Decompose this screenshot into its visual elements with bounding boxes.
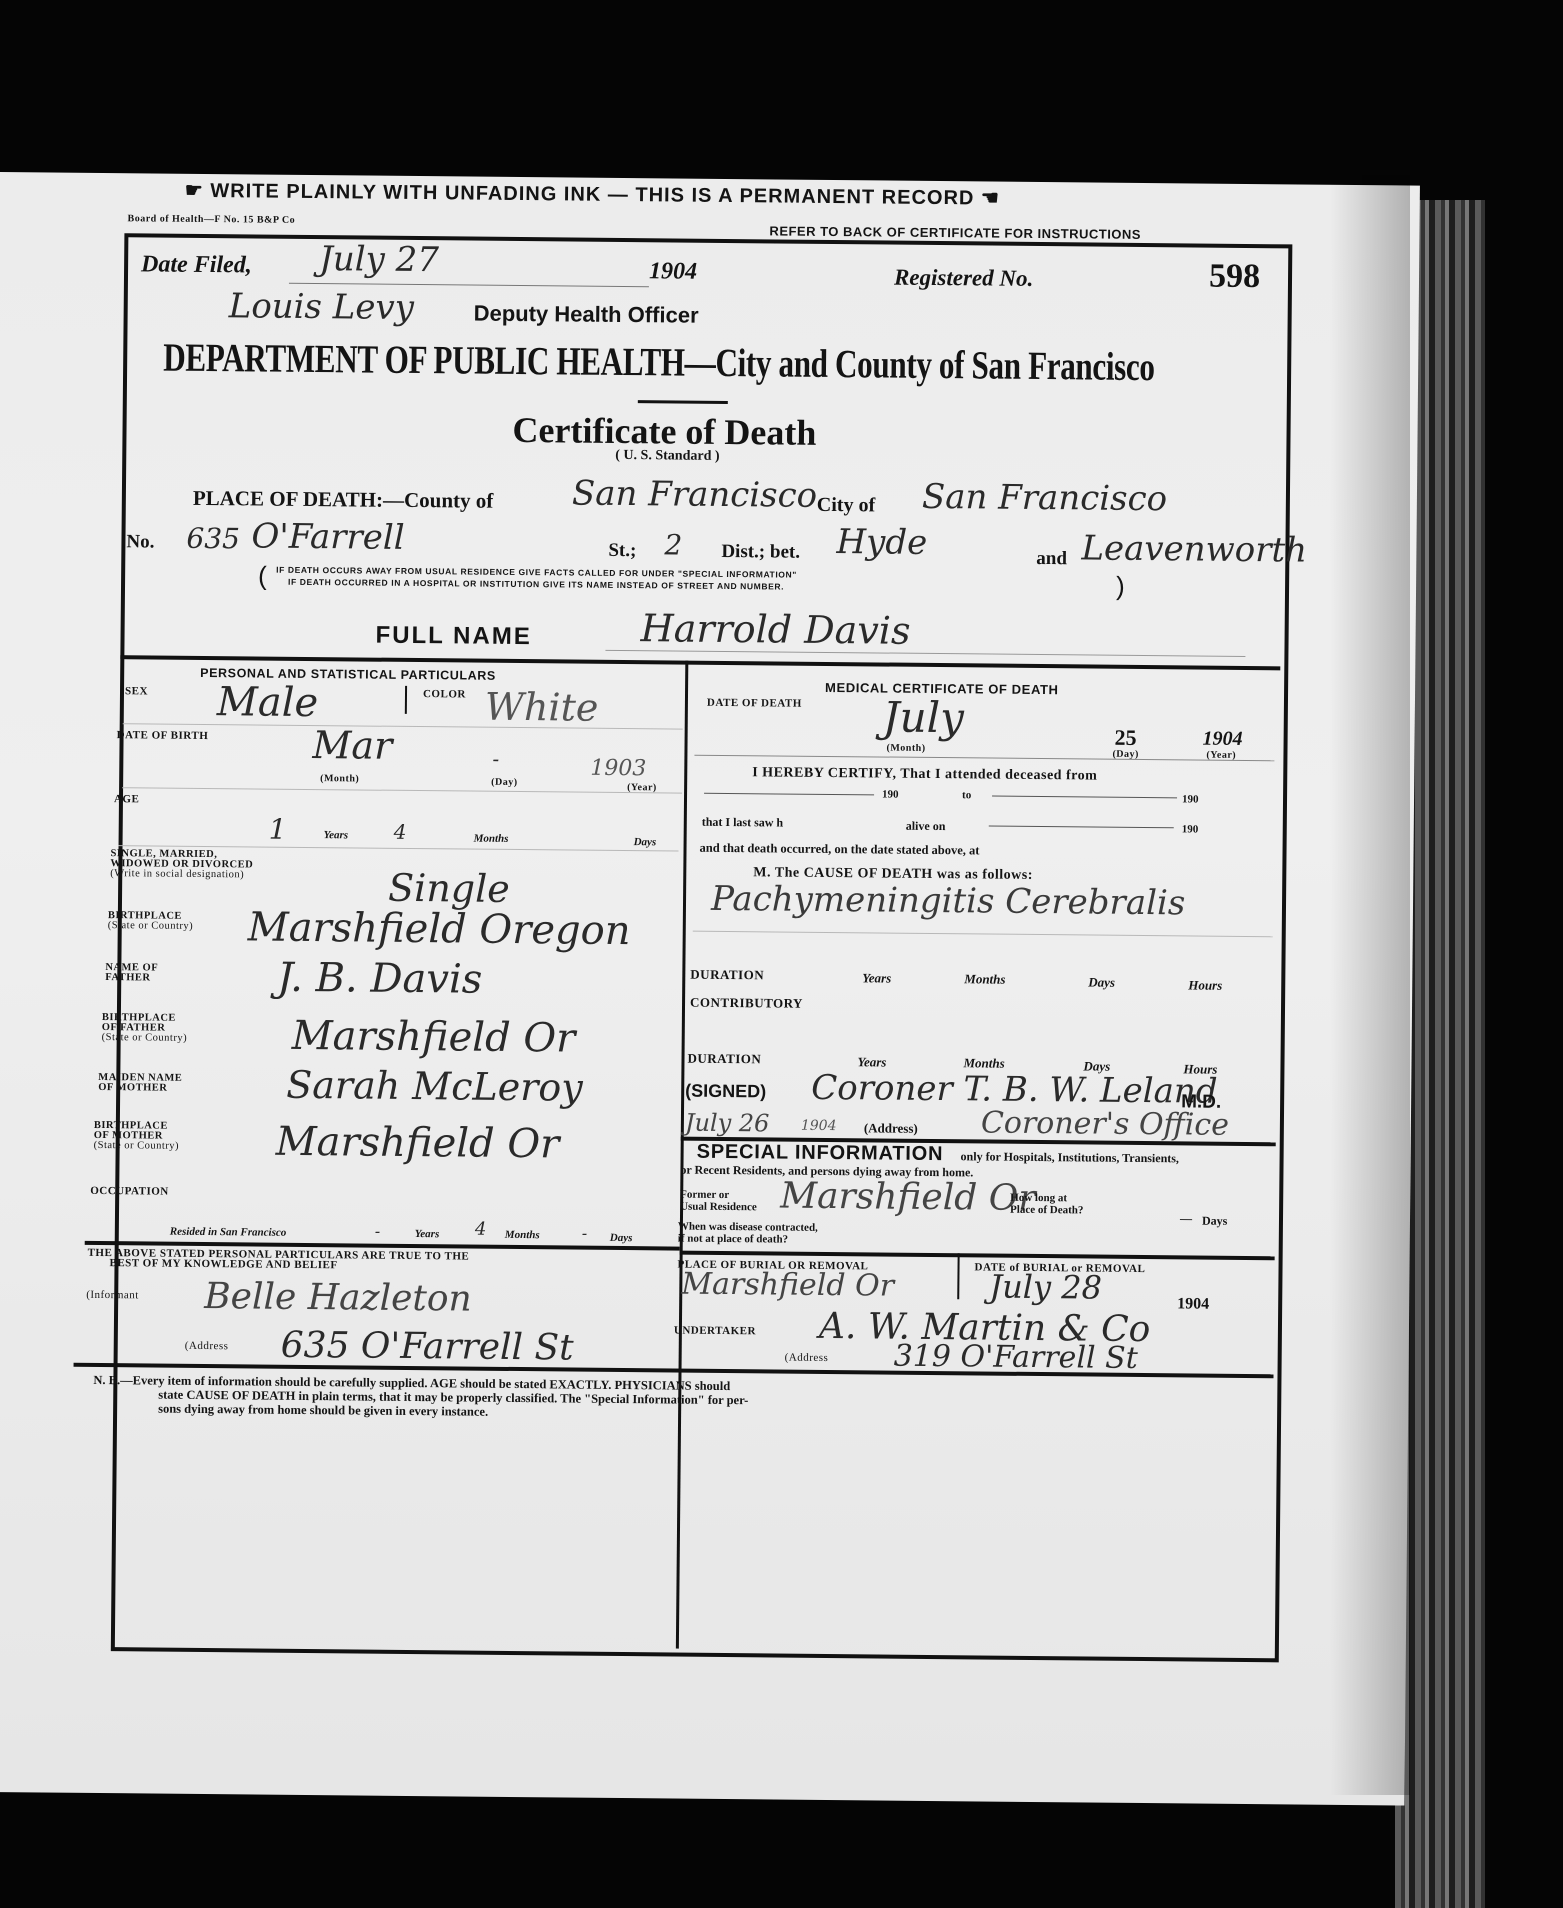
last-saw-text: that I last saw h xyxy=(702,815,783,831)
sex-value: Male xyxy=(217,679,319,726)
dob-year: 1903 xyxy=(590,756,646,782)
form-id: Board of Health—F No. 15 B&P Co xyxy=(128,213,296,226)
burial-date-value: July 28 xyxy=(989,1268,1102,1307)
date-of-death-year: 1904 xyxy=(1203,728,1243,751)
mother-birthplace-value: Marshfield Or xyxy=(275,1119,559,1168)
birthplace-value: Marshfield Oregon xyxy=(248,904,631,954)
cross-street-2: Leavenworth xyxy=(1081,528,1307,570)
resided-label: Resided in San Francisco xyxy=(170,1226,287,1239)
resided-months: 4 xyxy=(475,1219,487,1240)
contracted-label: When was disease contracted,if not at pl… xyxy=(678,1221,818,1246)
street-number: 635 xyxy=(186,522,240,556)
city-value: San Francisco xyxy=(922,477,1168,519)
residence-label: Former orUsual Residence xyxy=(680,1189,757,1214)
certificate-title: Certificate of Death xyxy=(512,409,816,454)
signed-label: (SIGNED) xyxy=(685,1081,766,1103)
date-filed-year: 1904 xyxy=(649,258,697,285)
informant-label: (Informant xyxy=(86,1289,139,1302)
usual-residence-value: Marshfield Or xyxy=(780,1176,1036,1219)
district-between-label: Dist.; bet. xyxy=(721,541,800,564)
st-label: St.; xyxy=(608,540,636,562)
marital-value: Single xyxy=(388,866,510,911)
father-birthplace-label: BIRTHPLACEOF FATHER(State or Country) xyxy=(102,1013,188,1044)
date-of-death-day: 25 xyxy=(1114,725,1136,751)
how-long-label: How long atPlace of Death? xyxy=(1010,1192,1084,1217)
birthplace-label: BIRTHPLACE(State or Country) xyxy=(108,911,194,932)
father-birthplace-value: Marshfield Or xyxy=(292,1013,576,1062)
city-label: City of xyxy=(817,494,876,518)
undertaker-address-label: (Address xyxy=(785,1352,829,1364)
mother-birthplace-label: BIRTHPLACEOF MOTHER(State or Country) xyxy=(94,1121,180,1152)
officer-signature: Louis Levy xyxy=(229,286,415,328)
cross-street-1: Hyde xyxy=(836,522,927,563)
death-certificate: ☛ WRITE PLAINLY WITH UNFADING INK — THIS… xyxy=(0,172,1420,1806)
pointing-hand-icon: ☚ xyxy=(981,187,1000,209)
and-label: and xyxy=(1036,548,1067,570)
pointing-hand-icon: ☛ xyxy=(185,180,204,202)
sex-label: SEX xyxy=(125,685,148,697)
mother-name-label: MAIDEN NAMEOF MOTHER xyxy=(98,1073,182,1094)
informant-address-value: 635 O'Farrell St xyxy=(281,1325,574,1369)
footnote-line-3: sons dying away from home should be give… xyxy=(158,1402,488,1420)
permanent-record-notice: ☛ WRITE PLAINLY WITH UNFADING INK — THIS… xyxy=(185,178,1000,211)
death-occurred-text: and that death occurred, on the date sta… xyxy=(699,841,979,859)
county-value: San Francisco xyxy=(572,474,818,516)
informant-value: Belle Hazleton xyxy=(204,1276,472,1320)
contributory-label: CONTRIBUTORY xyxy=(690,995,803,1012)
age-years: 1 xyxy=(269,813,287,846)
place-of-death-label: PLACE OF DEATH:—County of xyxy=(193,486,494,514)
date-filed-label: Date Filed, xyxy=(141,251,252,279)
signed-year: 1904 xyxy=(801,1118,837,1134)
certificate-subtitle: ( U. S. Standard ) xyxy=(615,448,719,465)
informant-address-label: (Address xyxy=(185,1340,229,1352)
date-of-death-label: DATE OF DEATH xyxy=(707,697,802,710)
duration-label-2: DURATION xyxy=(687,1051,761,1068)
street-no-label: No. xyxy=(126,531,154,553)
attestation-line-2: BEST OF MY KNOWLEDGE AND BELIEF xyxy=(109,1257,337,1271)
full-name-value: Harrold Davis xyxy=(640,606,910,653)
mother-name-value: Sarah McLeroy xyxy=(286,1063,583,1110)
signed-date: July 26 xyxy=(685,1109,770,1138)
dob-month: Mar xyxy=(312,723,392,768)
undertaker-label: UNDERTAKER xyxy=(674,1325,756,1338)
cause-of-death-value: Pachymeningitis Cerebralis xyxy=(711,879,1186,924)
district-number: 2 xyxy=(664,528,682,561)
father-name-value: J. B. Davis xyxy=(277,955,482,1003)
occupation-label: OCCUPATION xyxy=(90,1185,169,1198)
burial-year: 1904 xyxy=(1177,1295,1209,1313)
date-of-death-month: July xyxy=(883,693,965,743)
father-name-label: NAME OFFATHER xyxy=(105,963,158,984)
officer-title: Deputy Health Officer xyxy=(474,301,699,329)
certify-text: I HEREBY CERTIFY, That I attended deceas… xyxy=(752,765,1097,784)
color-label: COLOR xyxy=(423,688,466,700)
department-heading: DEPARTMENT OF PUBLIC HEALTH—City and Cou… xyxy=(163,334,1155,391)
registered-label: Registered No. xyxy=(894,265,1034,292)
street-name: O'Farrell xyxy=(251,516,405,557)
age-label: AGE xyxy=(114,793,139,805)
color-value: White xyxy=(485,685,599,730)
registered-number: 598 xyxy=(1209,258,1260,296)
duration-label-1: DURATION xyxy=(690,967,764,984)
signed-address: Coroner's Office xyxy=(981,1105,1229,1142)
date-filed-value: July 27 xyxy=(319,239,439,280)
marital-label: SINGLE, MARRIED,WIDOWED OR DIVORCED(Writ… xyxy=(110,849,253,880)
full-name-label: FULL NAME xyxy=(375,622,531,651)
burial-place-value: Marshfield Or xyxy=(681,1267,894,1304)
age-months: 4 xyxy=(394,820,407,844)
dob-label: DATE OF BIRTH xyxy=(117,729,209,742)
dob-day: - xyxy=(492,747,499,771)
